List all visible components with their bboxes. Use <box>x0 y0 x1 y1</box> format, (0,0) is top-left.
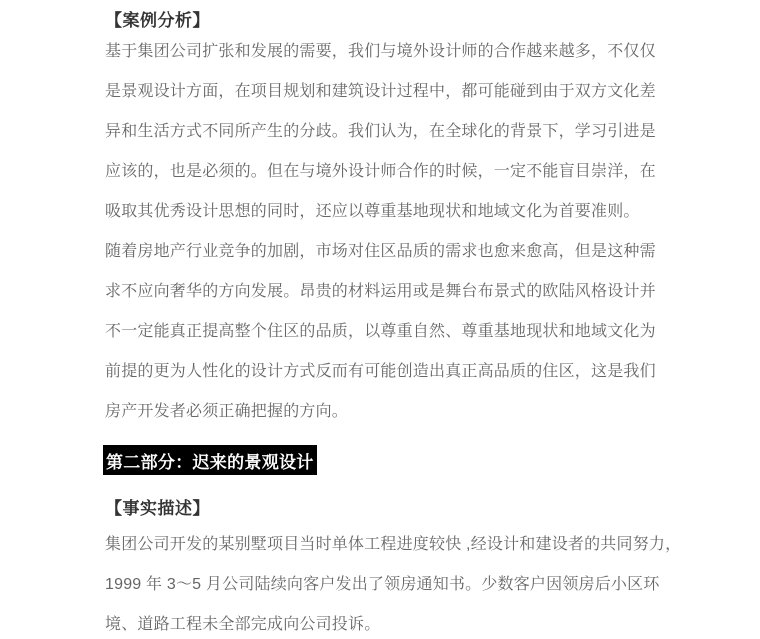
fact-description-heading: 【事实描述】 <box>105 494 210 519</box>
paragraph-line: 随着房地产行业竞争的加剧，市场对住区品质的需求也愈来愈高，但是这种需 <box>105 232 655 272</box>
paragraph-line: 异和生活方式不同所产生的分歧。我们认为，在全球化的背景下，学习引进是 <box>105 112 655 152</box>
paragraph-line: 境、道路工程未全部完成向公司投诉。 <box>105 605 655 639</box>
paragraph-line: 不一定能真正提高整个住区的品质，以尊重自然、尊重基地现状和地域文化为 <box>105 312 655 352</box>
paragraph-line: 应该的，也是必须的。但在与境外设计师合作的时候，一定不能盲目崇洋，在 <box>105 152 655 192</box>
case-analysis-heading: 【案例分析】 <box>105 6 210 31</box>
paragraph-line: 1999 年 3～5 月公司陆续向客户发出了领房通知书。少数客户因领房后小区环 <box>105 565 655 605</box>
paragraph-line: 是景观设计方面，在项目规划和建筑设计过程中，都可能碰到由于双方文化差 <box>105 72 655 112</box>
paragraph-line: 吸取其优秀设计思想的同时，还应以尊重基地现状和地域文化为首要准则。 <box>105 192 655 232</box>
paragraph-line: 房产开发者必须正确把握的方向。 <box>105 392 655 432</box>
paragraph-line: 求不应向奢华的方向发展。昂贵的材料运用或是舞台布景式的欧陆风格设计并 <box>105 272 655 312</box>
document-page: 【案例分析】 基于集团公司扩张和发展的需要，我们与境外设计师的合作越来越多，不仅… <box>0 0 760 639</box>
paragraph-line: 前提的更为人性化的设计方式反而有可能创造出真正高品质的住区，这是我们 <box>105 352 655 392</box>
paragraph-line: 集团公司开发的某别墅项目当时单体工程进度较快 ,经设计和建设者的共同努力， <box>105 525 655 565</box>
part2-heading-highlight: 第二部分：迟来的景观设计 <box>103 445 317 475</box>
paragraph-line: 基于集团公司扩张和发展的需要，我们与境外设计师的合作越来越多，不仅仅 <box>105 32 655 72</box>
